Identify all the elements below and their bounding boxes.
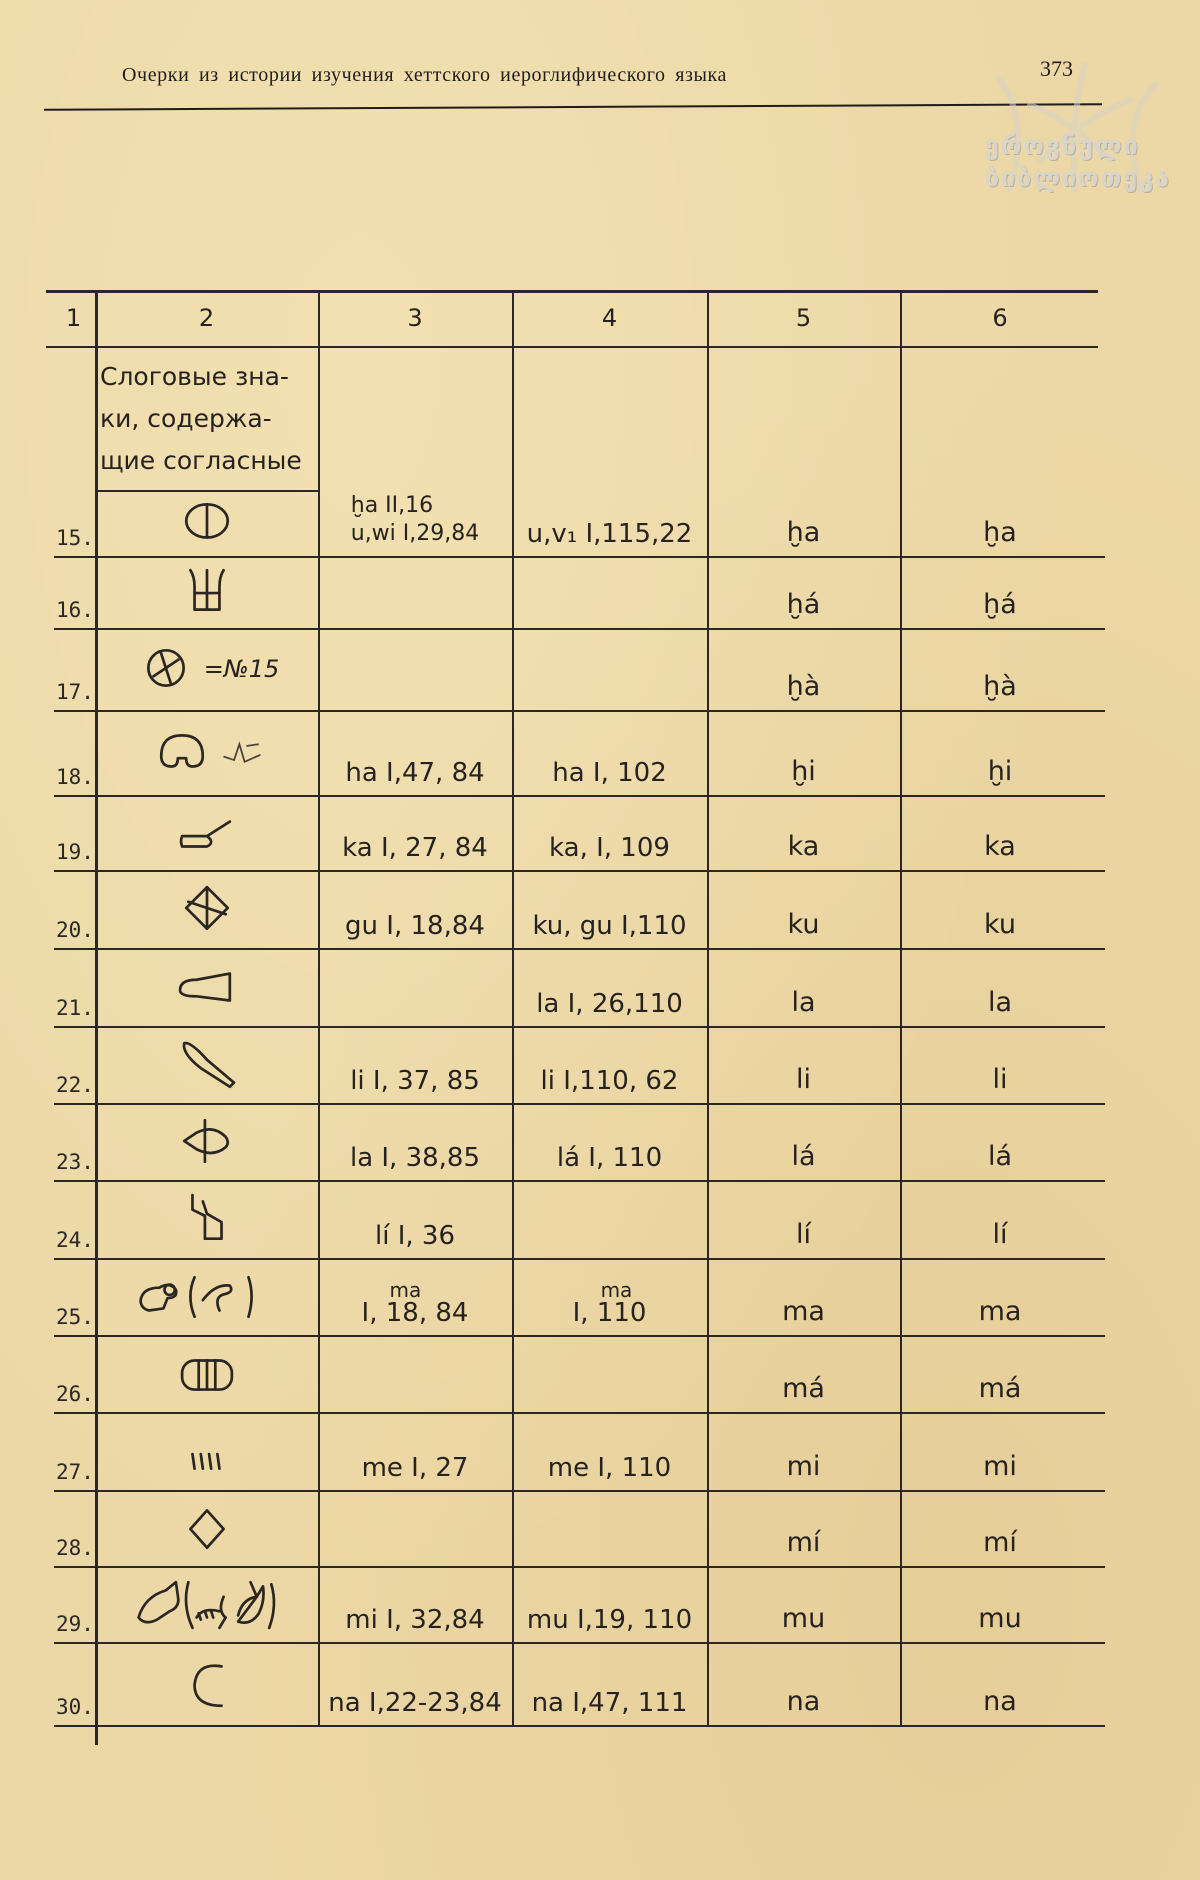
row-number: 26. (56, 1382, 94, 1406)
hieroglyph-sign-cell (95, 710, 318, 795)
reference-text: ḫa II,16u,wi I,29,84 (351, 492, 480, 548)
reference-line: ka I, 27, 84 (342, 834, 488, 862)
reference-cell: ka, I, 109 (512, 795, 707, 870)
rounded-box-three-bars-icon (175, 1346, 239, 1402)
reference-text: na I,22-23,84 (328, 1689, 502, 1717)
reference-text: ka I, 27, 84 (342, 834, 488, 862)
reference-text: li I,110, 62 (541, 1067, 679, 1095)
circle-with-vertical-bar-icon (175, 495, 239, 551)
reading-cell: ku (900, 870, 1100, 948)
tapered-trough-icon (175, 959, 239, 1015)
reference-cell: u,v₁ I,115,22 (512, 490, 707, 556)
reading-cell: lá (707, 1103, 900, 1180)
reference-text: la I, 26,110 (536, 990, 683, 1018)
hieroglyph-sign-cell (95, 1026, 318, 1103)
reading-cell: má (900, 1335, 1100, 1412)
reference-cell: la I, 26,110 (512, 948, 707, 1026)
reference-text: u,v₁ I,115,22 (527, 520, 693, 548)
reading-cell: ma (900, 1258, 1100, 1335)
reference-line: na I,47, 111 (532, 1689, 688, 1717)
reference-text: ha I, 102 (552, 759, 667, 787)
row-number: 25. (56, 1305, 94, 1329)
reference-text: ku, gu I,110 (532, 912, 686, 940)
column-header: 1 (52, 290, 95, 346)
reference-text: li I, 37, 85 (350, 1067, 480, 1095)
reference-line: li I,110, 62 (541, 1067, 679, 1095)
reading-cell: na (900, 1642, 1100, 1725)
reference-cell: ha I, 102 (512, 710, 707, 795)
circle-with-cross-icon (134, 641, 198, 697)
hieroglyph-sign-cell (95, 1642, 318, 1725)
reference-text: ha I,47, 84 (345, 759, 484, 787)
table-bottom-rule (54, 1725, 1105, 1727)
column-header: 2 (95, 290, 318, 346)
reference-line: lí I, 36 (375, 1222, 455, 1250)
hieroglyph-sign-cell (95, 1180, 318, 1258)
slanted-blade-icon (175, 1037, 239, 1093)
reading-cell: mí (900, 1490, 1100, 1566)
reference-line: ha I, 102 (552, 759, 667, 787)
hieroglyph-sign-cell (95, 795, 318, 870)
reference-line: la I, 26,110 (536, 990, 683, 1018)
sign-note: =№15 (204, 655, 280, 683)
reference-line: I, 110 (573, 1299, 647, 1327)
row-number: 17. (56, 680, 94, 704)
reference-line: na I,22-23,84 (328, 1689, 502, 1717)
reference-line: gu I, 18,84 (345, 912, 485, 940)
hieroglyph-sign-cell (95, 948, 318, 1026)
reading-cell: mí (707, 1490, 900, 1566)
split-diamond-icon (175, 881, 239, 937)
reading-cell: mi (707, 1412, 900, 1490)
reference-line: ku, gu I,110 (532, 912, 686, 940)
row-number: 27. (56, 1460, 94, 1484)
row-number: 30. (56, 1695, 94, 1719)
reference-text: la I, 38,85 (350, 1144, 480, 1172)
reference-line: lá I, 110 (557, 1144, 662, 1172)
hieroglyph-sign-cell (95, 1412, 318, 1490)
reference-text: na I,47, 111 (532, 1689, 688, 1717)
hieroglyph-sign-cell (95, 1258, 318, 1335)
bull-heads-with-variants-icon (112, 1576, 302, 1632)
reading-cell: ku (707, 870, 900, 948)
hieroglyph-sign-cell (95, 1103, 318, 1180)
section-label-line: щие согласные (100, 440, 315, 482)
row-number: 29. (56, 1612, 94, 1636)
reading-cell: ḫi (707, 710, 900, 795)
reading-cell: mu (707, 1566, 900, 1642)
reference-line: me I, 110 (548, 1454, 671, 1482)
hieroglyph-sign-cell (95, 1335, 318, 1412)
reference-cell: lí I, 36 (318, 1180, 512, 1258)
section-label-line: Слоговые зна- (100, 356, 315, 398)
reading-cell: ka (900, 795, 1100, 870)
hieroglyph-sign-cell (95, 556, 318, 628)
reference-line: ḫa II,16 (351, 492, 433, 520)
reference-text: maI, 110 (573, 1281, 647, 1327)
hieroglyph-sign-cell (95, 1566, 318, 1642)
reference-line: li I, 37, 85 (350, 1067, 480, 1095)
reference-text: gu I, 18,84 (345, 912, 485, 940)
reading-cell: ma (707, 1258, 900, 1335)
row-number: 23. (56, 1150, 94, 1174)
reference-cell: li I,110, 62 (512, 1026, 707, 1103)
reference-cell: mu I,19, 110 (512, 1566, 707, 1642)
reference-cell: ḫa II,16u,wi I,29,84 (318, 490, 512, 556)
reference-cell: maI, 110 (512, 1258, 707, 1335)
reading-cell: lí (900, 1180, 1100, 1258)
reference-text: me I, 27 (362, 1454, 469, 1482)
reference-cell (318, 1490, 512, 1566)
reference-cell: me I, 27 (318, 1412, 512, 1490)
ram-head-with-variant-icon (112, 1269, 302, 1325)
diamond-icon (175, 1500, 239, 1556)
reading-cell: lí (707, 1180, 900, 1258)
row-number: 16. (56, 598, 94, 622)
row-number: 28. (56, 1536, 94, 1560)
reading-cell: ḫà (707, 628, 900, 710)
reference-cell (512, 628, 707, 710)
reading-cell: lá (900, 1103, 1100, 1180)
reference-line: u,v₁ I,115,22 (527, 520, 693, 548)
reference-cell (318, 948, 512, 1026)
reading-cell: ḫa (707, 490, 900, 556)
reference-cell (318, 628, 512, 710)
reference-cell (512, 1335, 707, 1412)
reference-cell: gu I, 18,84 (318, 870, 512, 948)
row-number: 20. (56, 918, 94, 942)
header-bottom-rule (46, 346, 1098, 348)
reference-cell: li I, 37, 85 (318, 1026, 512, 1103)
c-hook-icon (175, 1656, 239, 1712)
reference-cell: ku, gu I,110 (512, 870, 707, 948)
hieroglyph-sign-cell: =№15 (95, 628, 318, 710)
row-number: 19. (56, 840, 94, 864)
reference-text: lí I, 36 (375, 1222, 455, 1250)
row-number: 15. (56, 526, 94, 550)
reference-line: me I, 27 (362, 1454, 469, 1482)
reference-line: I, 18, 84 (362, 1299, 469, 1327)
variant-sketch-icon (220, 735, 264, 771)
reference-line: la I, 38,85 (350, 1144, 480, 1172)
reference-line: mi I, 32,84 (345, 1606, 484, 1634)
column-header: 3 (318, 290, 512, 346)
reference-cell: la I, 38,85 (318, 1103, 512, 1180)
reference-cell: ka I, 27, 84 (318, 795, 512, 870)
reading-cell: má (707, 1335, 900, 1412)
reading-cell: la (707, 948, 900, 1026)
trident-on-box-icon (175, 564, 239, 620)
reading-cell: li (707, 1026, 900, 1103)
reference-line: u,wi I,29,84 (351, 520, 480, 548)
reference-cell: na I,22-23,84 (318, 1642, 512, 1725)
section-label-line: ки, содержа- (100, 398, 315, 440)
reference-cell (512, 1180, 707, 1258)
reference-text: ka, I, 109 (549, 834, 670, 862)
four-strokes-icon (175, 1423, 239, 1479)
reference-cell (318, 1335, 512, 1412)
column-header: 6 (900, 290, 1100, 346)
row-number: 22. (56, 1073, 94, 1097)
reading-cell: ḫà (900, 628, 1100, 710)
reference-cell (318, 556, 512, 628)
reference-text: lá I, 110 (557, 1144, 662, 1172)
reading-cell: li (900, 1026, 1100, 1103)
sign-table: 12345615.ḫa II,16u,wi I,29,84u,v₁ I,115,… (0, 0, 1200, 1880)
reference-cell: na I,47, 111 (512, 1642, 707, 1725)
reference-text: mi I, 32,84 (345, 1606, 484, 1634)
row-number: 21. (56, 996, 94, 1020)
reading-cell: mu (900, 1566, 1100, 1642)
reference-cell (512, 556, 707, 628)
reference-cell (512, 1490, 707, 1566)
reference-text: mu I,19, 110 (527, 1606, 692, 1634)
reference-cell: me I, 110 (512, 1412, 707, 1490)
column-header: 5 (707, 290, 900, 346)
reference-text: me I, 110 (548, 1454, 671, 1482)
reference-cell: lá I, 110 (512, 1103, 707, 1180)
superscript-reading: ma (601, 1281, 633, 1299)
superscript-reading: ma (390, 1281, 422, 1299)
reference-line: ka, I, 109 (549, 834, 670, 862)
reading-cell: ḫá (900, 556, 1100, 628)
reading-cell: mi (900, 1412, 1100, 1490)
hand-pointing-icon (175, 805, 239, 861)
reference-line: mu I,19, 110 (527, 1606, 692, 1634)
reading-cell: la (900, 948, 1100, 1026)
hieroglyph-sign-cell (95, 870, 318, 948)
reference-line: ha I,47, 84 (345, 759, 484, 787)
reference-cell: mi I, 32,84 (318, 1566, 512, 1642)
reference-cell: maI, 18, 84 (318, 1258, 512, 1335)
section-label: Слоговые зна- ки, содержа- щие согласные (100, 356, 315, 482)
reading-cell: ka (707, 795, 900, 870)
row-number: 18. (56, 765, 94, 789)
reference-text: maI, 18, 84 (362, 1281, 469, 1327)
reference-cell: ha I,47, 84 (318, 710, 512, 795)
reading-cell: ḫi (900, 710, 1100, 795)
hieroglyph-sign-cell (95, 1490, 318, 1566)
zigzag-foot-icon (175, 1191, 239, 1247)
column-header: 4 (512, 290, 707, 346)
hieroglyph-sign-cell (95, 490, 318, 556)
lens-with-stem-icon (175, 1114, 239, 1170)
row-number: 24. (56, 1228, 94, 1252)
reading-cell: na (707, 1642, 900, 1725)
reading-cell: ḫa (900, 490, 1100, 556)
reading-cell: ḫá (707, 556, 900, 628)
horseshoe-loop-icon (150, 725, 214, 781)
